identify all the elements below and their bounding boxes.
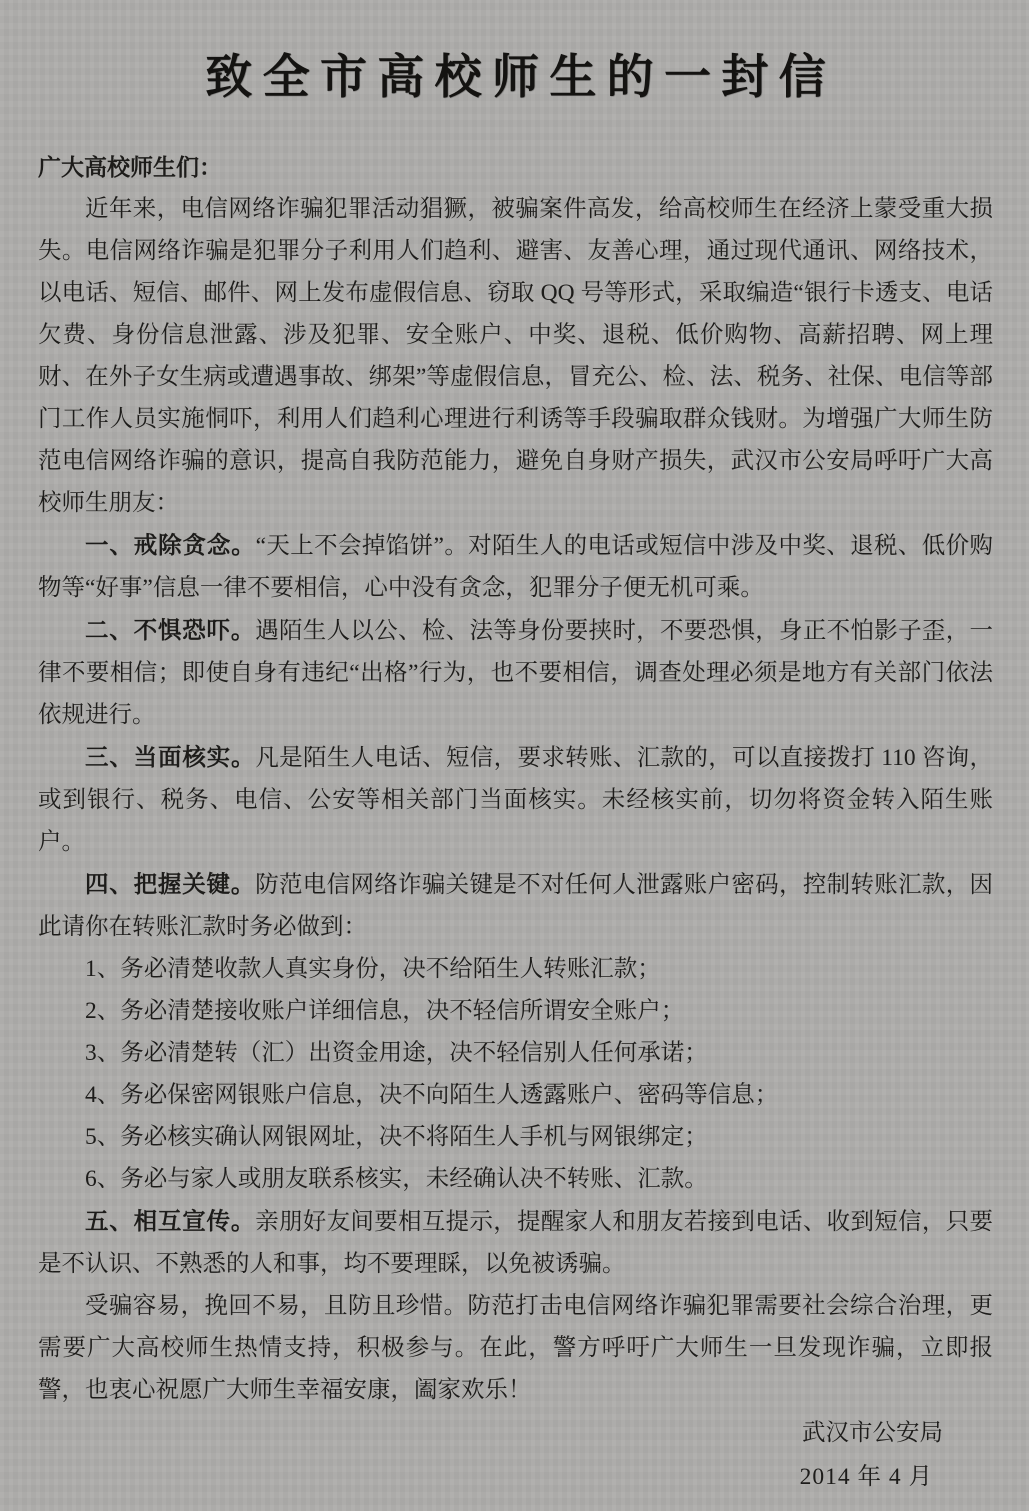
- point-4-lead: 四、把握关键。: [85, 871, 255, 897]
- signature-block: 武汉市公安局 2014 年 4 月: [38, 1411, 993, 1499]
- point-paragraph-1: 一、戒除贪念。“天上不会掉馅饼”。对陌生人的电话或短信中涉及中奖、退税、低价购物…: [38, 524, 993, 609]
- point-2-lead: 二、不惧恐吓。: [85, 617, 255, 643]
- intro-paragraph: 近年来，电信网络诈骗犯罪活动猖獗，被骗案件高发，给高校师生在经济上蒙受重大损失。…: [38, 188, 993, 524]
- point-3-lead: 三、当面核实。: [85, 744, 255, 770]
- must-item-3: 3、务必清楚转（汇）出资金用途，决不轻信别人任何承诺；: [38, 1032, 993, 1074]
- point-paragraph-4: 四、把握关键。防范电信网络诈骗关键是不对任何人泄露账户密码，控制转账汇款，因此请…: [38, 863, 993, 948]
- letter-title: 致全市高校师生的一封信: [38, 38, 993, 118]
- closing-paragraph: 受骗容易，挽回不易，且防且珍惜。防范打击电信网络诈骗犯罪需要社会综合治理，更需要…: [38, 1285, 993, 1411]
- must-item-2: 2、务必清楚接收账户详细信息，决不轻信所谓安全账户；: [38, 990, 993, 1032]
- must-item-6: 6、务必与家人或朋友联系核实，未经确认决不转账、汇款。: [38, 1158, 993, 1200]
- salutation: 广大高校师生们：: [38, 146, 993, 188]
- point-paragraph-5: 五、相互宣传。亲朋好友间要相互提示，提醒家人和朋友若接到电话、收到短信，只要是不…: [38, 1200, 993, 1285]
- must-item-5: 5、务必核实确认网银网址，决不将陌生人手机与网银绑定；: [38, 1116, 993, 1158]
- signature-org: 武汉市公安局: [38, 1411, 993, 1455]
- point-5-lead: 五、相互宣传。: [85, 1208, 255, 1234]
- letter-body: 广大高校师生们： 近年来，电信网络诈骗犯罪活动猖獗，被骗案件高发，给高校师生在经…: [38, 146, 993, 1499]
- point-paragraph-3: 三、当面核实。凡是陌生人电话、短信，要求转账、汇款的，可以直接拨打 110 咨询…: [38, 736, 993, 863]
- scanned-letter-page: 致全市高校师生的一封信 广大高校师生们： 近年来，电信网络诈骗犯罪活动猖獗，被骗…: [0, 0, 1029, 1511]
- must-item-1: 1、务必清楚收款人真实身份，决不给陌生人转账汇款；: [38, 948, 993, 990]
- signature-date: 2014 年 4 月: [38, 1455, 993, 1499]
- must-item-4: 4、务必保密网银账户信息，决不向陌生人透露账户、密码等信息；: [38, 1074, 993, 1116]
- point-paragraph-2: 二、不惧恐吓。遇陌生人以公、检、法等身份要挟时，不要恐惧，身正不怕影子歪，一律不…: [38, 609, 993, 736]
- point-1-lead: 一、戒除贪念。: [85, 532, 256, 558]
